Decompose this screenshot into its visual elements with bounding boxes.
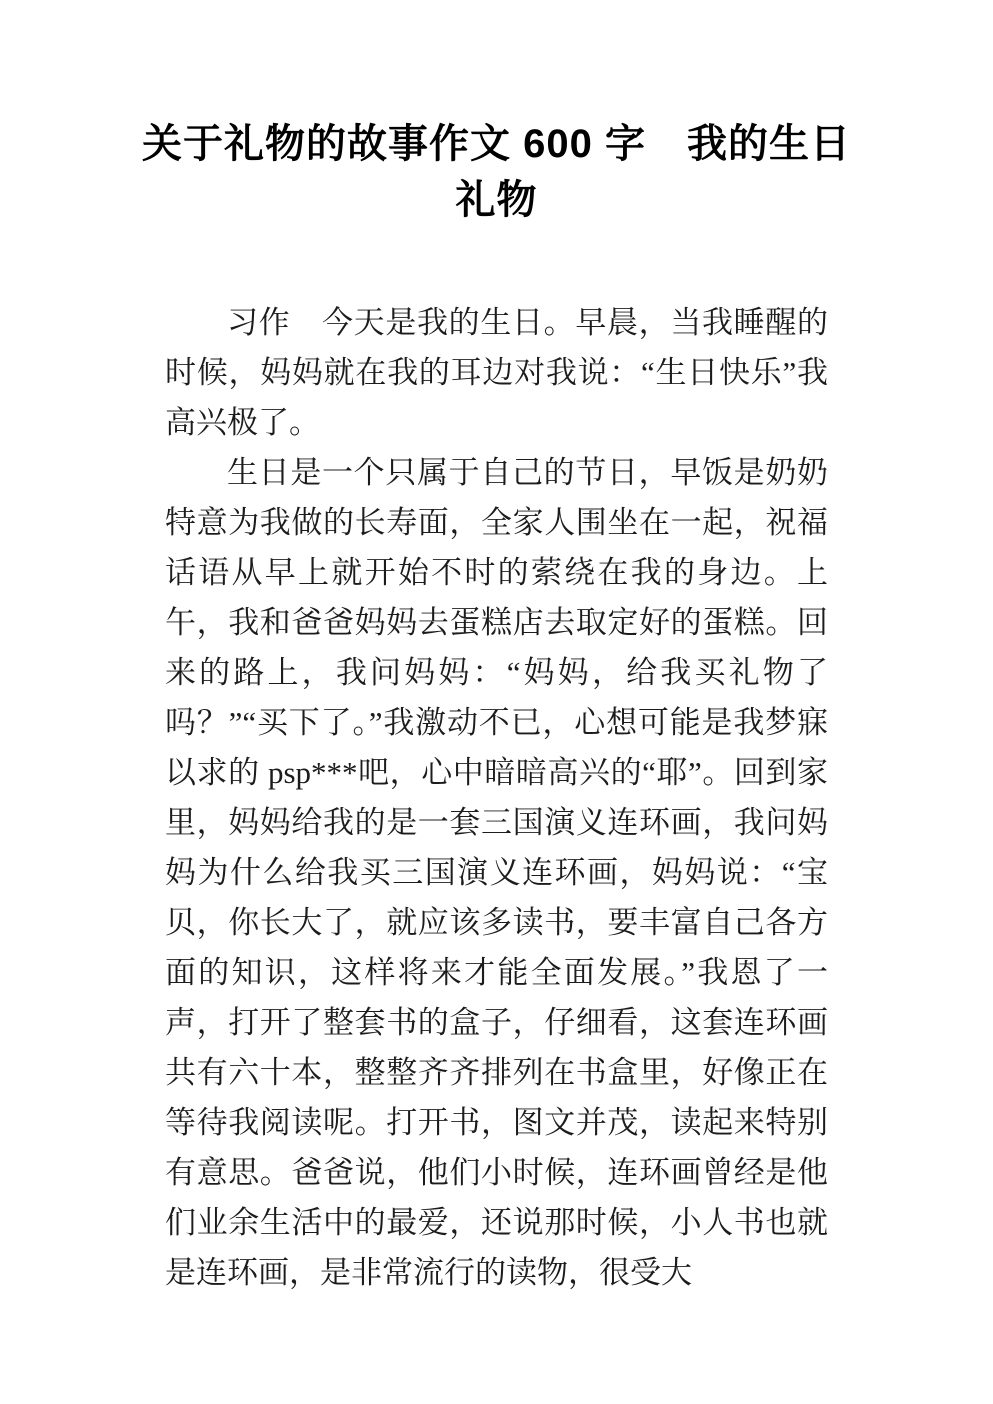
- document-title: 关于礼物的故事作文 600 字 我的生日 礼物: [0, 0, 993, 228]
- document-body: 习作 今天是我的生日。早晨，当我睡醒的时候，妈妈就在我的耳边对我说：“生日快乐”…: [165, 298, 828, 1298]
- title-line-2: 礼物: [0, 172, 993, 228]
- paragraph-1: 习作 今天是我的生日。早晨，当我睡醒的时候，妈妈就在我的耳边对我说：“生日快乐”…: [165, 298, 828, 448]
- title-line-1: 关于礼物的故事作文 600 字 我的生日: [0, 116, 993, 172]
- document-page: 关于礼物的故事作文 600 字 我的生日 礼物 习作 今天是我的生日。早晨，当我…: [0, 0, 993, 1404]
- paragraph-2: 生日是一个只属于自己的节日，早饭是奶奶特意为我做的长寿面，全家人围坐在一起，祝福…: [165, 448, 828, 1298]
